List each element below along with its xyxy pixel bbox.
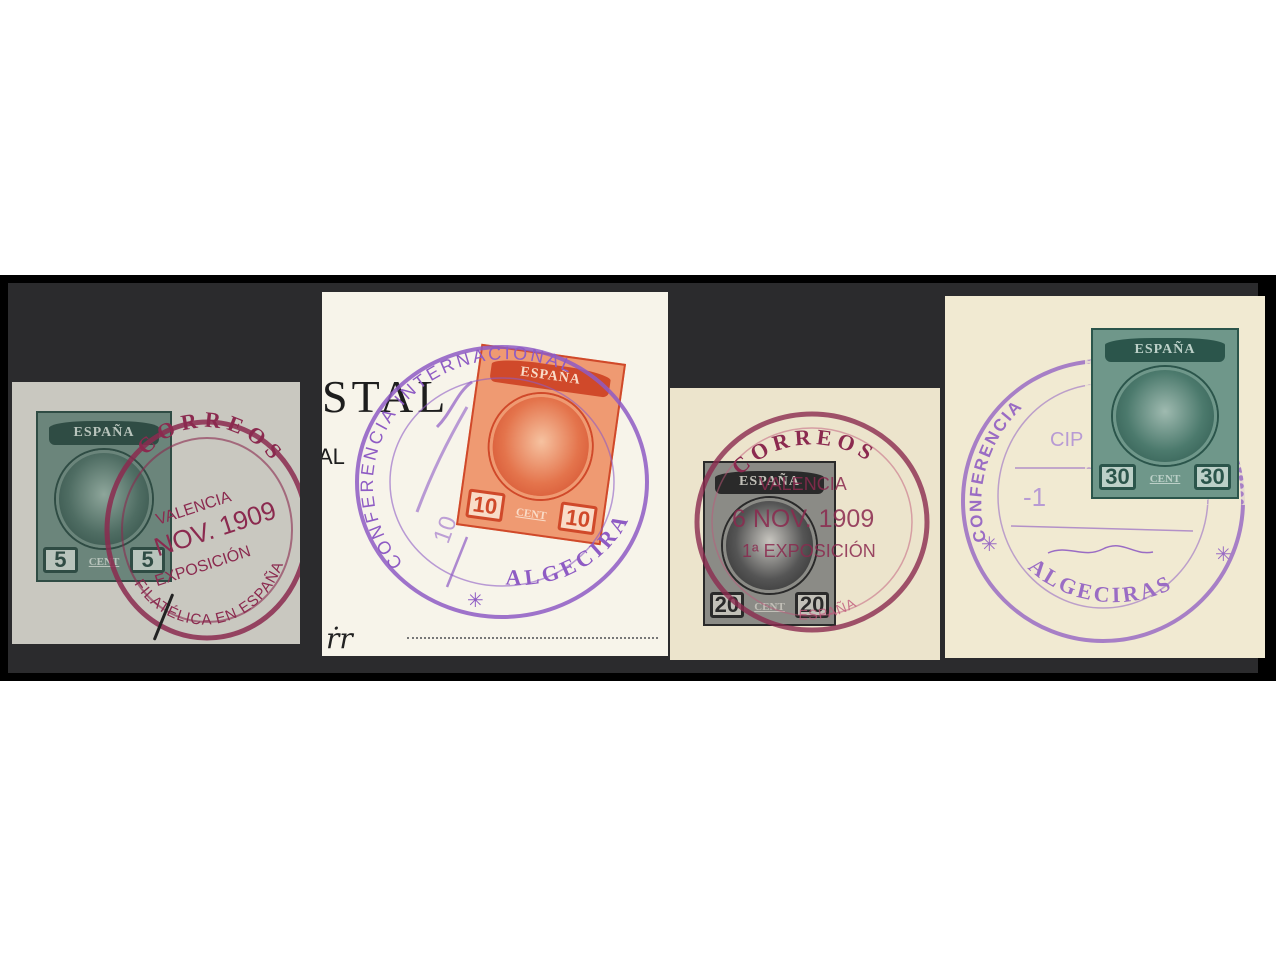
king-portrait xyxy=(1113,367,1217,465)
stamp-fragment-20-cent: ESPAÑA 20 CENT 20 CORREOS VALENCIA 6 NOV… xyxy=(670,388,940,660)
stamp-value: 5 xyxy=(43,547,77,574)
svg-text:CIP: CIP xyxy=(1050,429,1083,451)
king-portrait xyxy=(56,450,151,548)
printed-subheading-fragment: AL xyxy=(322,444,345,470)
svg-text:CONFERENCIA: CONFERENCIA xyxy=(966,396,1026,545)
stamp-value: 20 xyxy=(795,592,829,618)
king-portrait xyxy=(723,498,816,593)
stamp-5-cent: ESPAÑA 5 CENT 5 xyxy=(30,405,178,588)
stamp-20-cent: ESPAÑA 20 CENT 20 xyxy=(697,455,842,632)
stamp-fragment-10-cent: STAL AL ESPAÑA 10 CENT 10 CONFERENCIA IN… xyxy=(322,292,668,656)
stamp-value: 10 xyxy=(558,502,599,535)
stamp-unit: CENT xyxy=(80,553,128,571)
stamp-value: 5 xyxy=(130,547,164,574)
stamp-unit: CENT xyxy=(1139,470,1191,488)
stamp-value: 30 xyxy=(1194,464,1231,491)
stamp-fragment-5-cent: ESPAÑA 5 CENT 5 CORREOS VALENCIA NOV. 19… xyxy=(12,382,300,644)
stamp-value: 20 xyxy=(710,592,744,618)
stamp-unit: CENT xyxy=(746,598,792,616)
stamp-country: ESPAÑA xyxy=(490,356,612,397)
stamp-country: ESPAÑA xyxy=(49,421,160,444)
dotted-rule xyxy=(407,637,658,639)
stamp-country: ESPAÑA xyxy=(715,471,823,494)
stamp-country: ESPAÑA xyxy=(1105,338,1226,361)
printed-heading-fragment: STAL xyxy=(322,370,449,423)
stamp-fragment-30-cent: CONFERENCIA ALGECIRAS ✳ ✳ CIP -1 ESPAÑA … xyxy=(945,296,1265,658)
svg-text:✳: ✳ xyxy=(981,532,998,556)
king-portrait xyxy=(483,388,599,506)
pen-stroke xyxy=(153,593,175,640)
svg-text:ALGECIRAS: ALGECIRAS xyxy=(1024,553,1176,608)
svg-text:-1: -1 xyxy=(1023,482,1046,512)
stamp-30-cent: ESPAÑA 30 CENT 30 xyxy=(1085,322,1245,505)
stamp-10-cent: ESPAÑA 10 CENT 10 xyxy=(449,337,633,552)
stamp-unit: CENT xyxy=(504,501,557,528)
svg-text:✳: ✳ xyxy=(467,588,484,612)
svg-text:✳: ✳ xyxy=(1215,542,1232,566)
stamp-value: 30 xyxy=(1099,464,1136,491)
stamp-value: 10 xyxy=(465,489,506,522)
handwritten-signature: ṙr xyxy=(326,622,353,655)
